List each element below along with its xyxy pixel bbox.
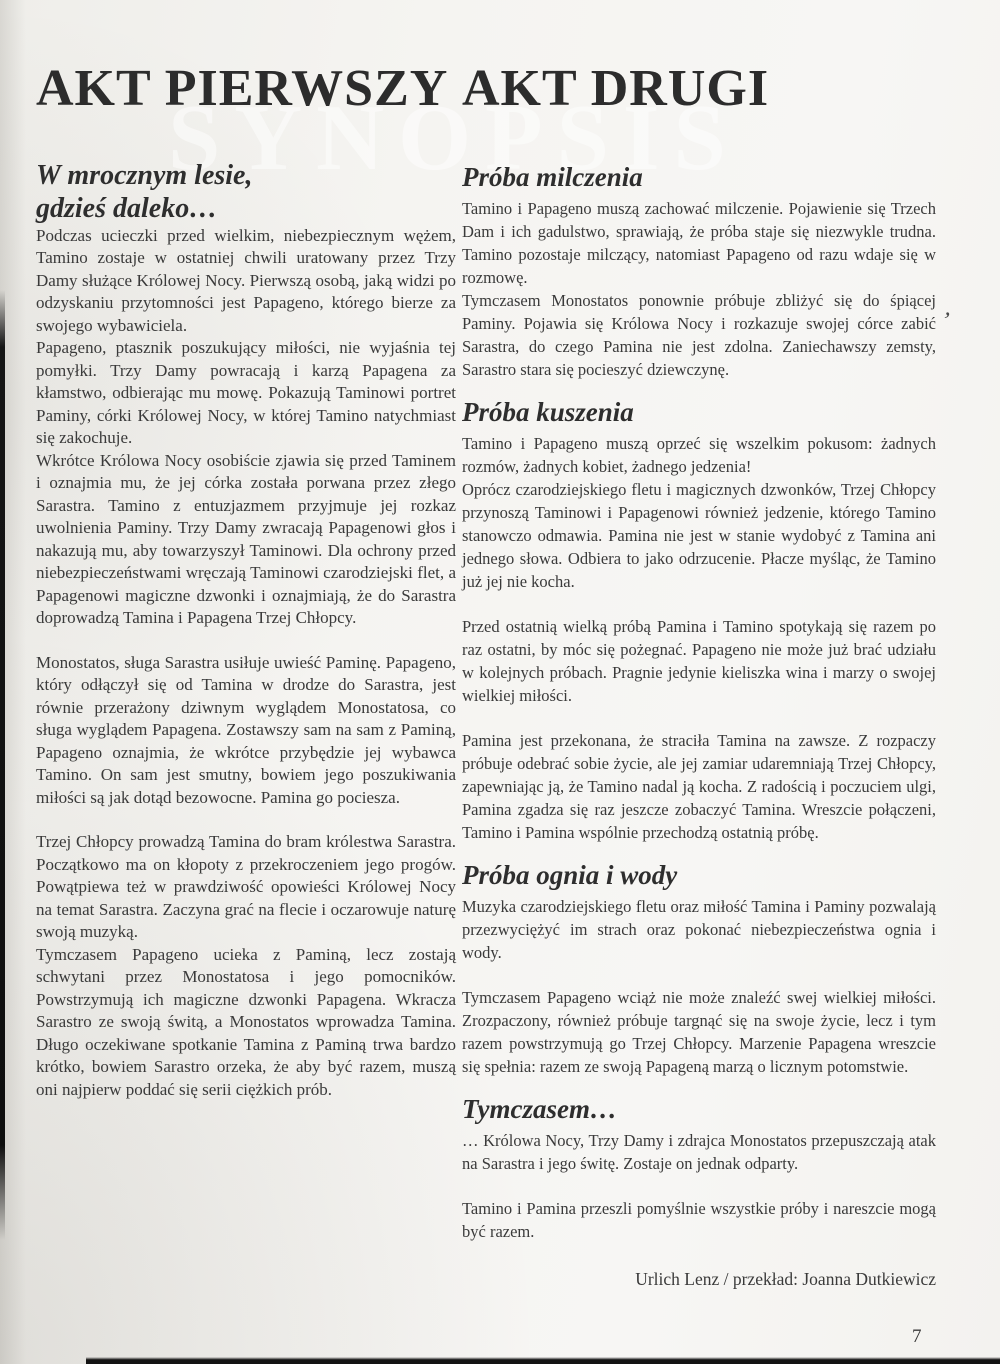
synopsis-paragraph: Tymczasem Papageno wciąż nie może znaleź… <box>462 986 936 1078</box>
section-heading-tymczasem: Tymczasem… <box>462 1093 936 1125</box>
scan-left-edge-artifact <box>0 290 5 1240</box>
synopsis-paragraph: Wkrótce Królowa Nocy osobiście zjawia si… <box>36 450 456 630</box>
synopsis-paragraph: Muzyka czarodziejskiego fletu oraz miłoś… <box>462 895 936 964</box>
synopsis-paragraph: Tamino i Papageno muszą oprzeć się wszel… <box>462 432 936 478</box>
scan-speck-artifact: , <box>944 296 955 321</box>
synopsis-paragraph: Papageno, ptasznik poszukujący miłości, … <box>36 337 456 450</box>
section-proba-kuszenia-block-3: Pamina jest przekonana, że straciła Tami… <box>462 729 936 844</box>
section-proba-kuszenia-block-1: Tamino i Papageno muszą oprzeć się wszel… <box>462 432 936 593</box>
section-proba-ognia-block-1: Muzyka czarodziejskiego fletu oraz miłoś… <box>462 895 936 964</box>
section-heading-proba-ognia-i-wody: Próba ognia i wody <box>462 859 936 891</box>
act1-column: AKT PIERWSZY W mrocznym lesie, gdzieś da… <box>36 62 456 1101</box>
synopsis-paragraph: … Królowa Nocy, Trzy Damy i zdrajca Mono… <box>462 1129 936 1175</box>
translation-credit: Urlich Lenz / przekład: Joanna Dutkiewic… <box>462 1269 936 1290</box>
act1-block-3: Trzej Chłopcy prowadzą Tamina do bram kr… <box>36 831 456 1101</box>
synopsis-paragraph: Tymczasem Monostatos ponownie próbuje zb… <box>462 289 936 381</box>
act1-block-1: Podczas ucieczki przed wielkim, niebezpi… <box>36 225 456 630</box>
section-heading-proba-kuszenia: Próba kuszenia <box>462 396 936 428</box>
synopsis-paragraph: Monostatos, sługa Sarastra usiłuje uwieś… <box>36 652 456 810</box>
act1-title: AKT PIERWSZY <box>36 62 456 117</box>
section-heading-proba-milczenia: Próba milczenia <box>462 161 936 193</box>
synopsis-paragraph: Podczas ucieczki przed wielkim, niebezpi… <box>36 225 456 338</box>
synopsis-paragraph: Trzej Chłopcy prowadzą Tamina do bram kr… <box>36 831 456 944</box>
section-tymczasem-block-1: … Królowa Nocy, Trzy Damy i zdrajca Mono… <box>462 1129 936 1175</box>
section-proba-milczenia-block-1: Tamino i Papageno muszą zachować milczen… <box>462 197 936 381</box>
synopsis-paragraph: Tamino i Papageno muszą zachować milczen… <box>462 197 936 289</box>
section-tymczasem-block-2: Tamino i Pamina przeszli pomyślnie wszys… <box>462 1197 936 1243</box>
act1-subtitle: W mrocznym lesie, gdzieś daleko… <box>36 159 456 225</box>
synopsis-paragraph: Oprócz czarodziejskiego fletu i magiczny… <box>462 478 936 593</box>
synopsis-paragraph: Przed ostatnią wielką próbą Pamina i Tam… <box>462 615 936 707</box>
synopsis-paragraph: Tamino i Pamina przeszli pomyślnie wszys… <box>462 1197 936 1243</box>
page-number: 7 <box>912 1326 922 1348</box>
section-proba-kuszenia-block-2: Przed ostatnią wielką próbą Pamina i Tam… <box>462 615 936 707</box>
scanned-synopsis-page: SYNOPSIS AKT PIERWSZY W mrocznym lesie, … <box>0 0 1000 1364</box>
scan-bottom-edge-artifact <box>86 1357 1000 1364</box>
synopsis-paragraph: Pamina jest przekonana, że straciła Tami… <box>462 729 936 844</box>
act2-column: AKT DRUGI Próba milczenia Tamino i Papag… <box>462 62 936 1290</box>
act2-title: AKT DRUGI <box>462 62 936 117</box>
act1-block-2: Monostatos, sługa Sarastra usiłuje uwieś… <box>36 652 456 810</box>
synopsis-paragraph: Tymczasem Papageno ucieka z Paminą, lecz… <box>36 944 456 1102</box>
section-proba-ognia-block-2: Tymczasem Papageno wciąż nie może znaleź… <box>462 986 936 1078</box>
